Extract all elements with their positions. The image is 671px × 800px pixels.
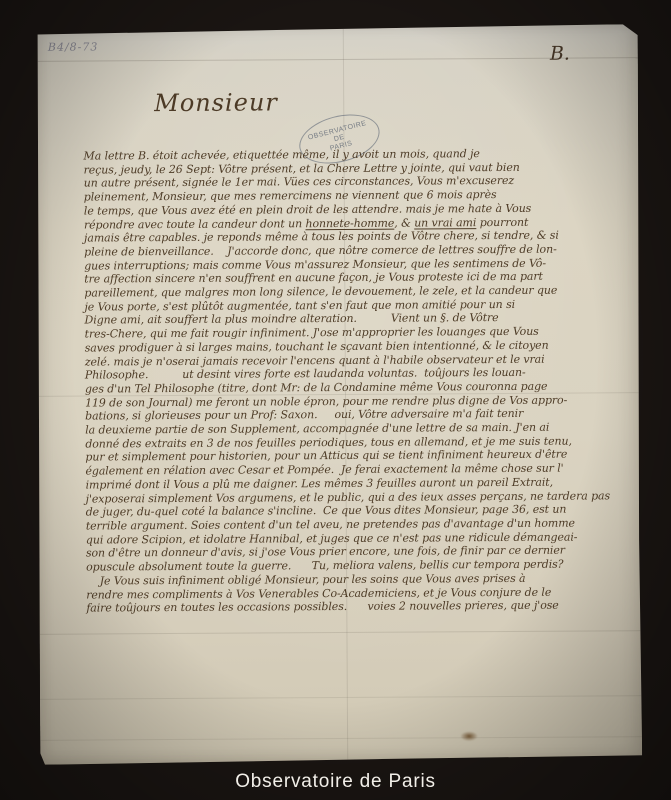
paper-fold-line <box>39 630 641 635</box>
caption-observatoire-de-paris: Observatoire de Paris <box>0 771 671 793</box>
manuscript-letter-page: B4/8-73 B. OBSERVATOIRE DE PARIS Monsieu… <box>36 24 642 765</box>
underlined-phrase: un vrai ami <box>414 216 476 229</box>
letter-text: répondre avec toute la candeur dont un <box>84 217 306 231</box>
letter-text: faire toûjours en toutes les occasions p… <box>86 599 558 615</box>
paper-fold-line <box>40 695 642 700</box>
letter-line: faire toûjours en toutes les occasions p… <box>86 598 638 615</box>
paper-fold-line <box>36 57 638 62</box>
letter-body: Ma lettre B. étoit achevée, etiquettée m… <box>83 146 638 615</box>
underlined-phrase: honnete-homme <box>305 216 394 230</box>
page-letter-mark: B. <box>550 43 570 65</box>
archive-photograph: B4/8-73 B. OBSERVATOIRE DE PARIS Monsieu… <box>0 0 671 800</box>
pencil-shelfmark: B4/8-73 <box>48 40 99 53</box>
paper-fold-line <box>40 736 642 741</box>
letter-text: pourront <box>476 215 528 228</box>
letter-text: , & <box>394 216 414 229</box>
salutation: Monsieur <box>154 88 278 117</box>
ink-stain <box>460 731 478 741</box>
